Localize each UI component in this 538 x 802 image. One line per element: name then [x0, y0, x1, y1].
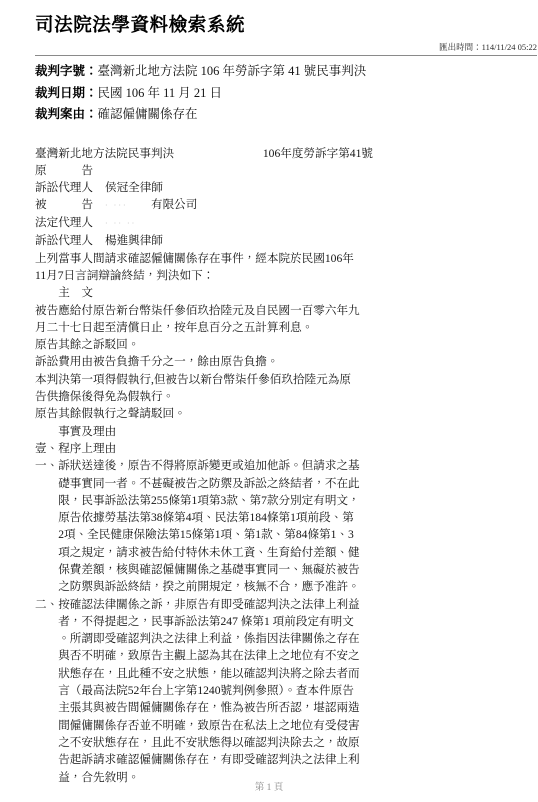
judgment-date-value: 民國 106 年 11 月 21 日 — [98, 86, 223, 100]
judgment-number-value: 臺灣新北地方法院 106 年勞訴字第 41 號民事判決 — [98, 64, 367, 78]
header-divider — [35, 55, 537, 56]
page-number: 第 1 頁 — [0, 779, 538, 793]
document-line: 項之規定，請求被告給付特休未休工資、生育給付差額、健 — [35, 544, 373, 561]
redacted-name: · ··· — [105, 197, 151, 214]
judgment-date-row: 裁判日期：民國 106 年 11 月 21 日 — [35, 83, 537, 105]
party-name: 侯冠全律師 — [105, 181, 163, 194]
page-header: 司法院法學資料檢索系統 匯出時間：114/11/24 05:22 裁判字號：臺灣… — [0, 0, 538, 126]
document-line: 被告應給付原告新台幣柒仟參佰玖拾陸元及自民國一百零六年九 — [35, 302, 373, 319]
judgment-number-label: 裁判字號： — [35, 64, 98, 78]
document-line: 之不安狀態存在，且此不安狀態得以確認判決除去之，故原 — [35, 734, 373, 751]
redacted-name: · ·· ·· — [105, 215, 151, 232]
document-line: 11月7日言詞辯論終結，判決如下： — [35, 267, 373, 284]
document-line: 告供擔保後得免為假執行。 — [35, 388, 373, 405]
judgment-cause-row: 裁判案由：確認僱傭關係存在 — [35, 104, 537, 126]
document-line: 2項、全民健康保險法第15條第1項、第1款、第84條第1、3 — [35, 526, 373, 543]
party-name: 有限公司 — [151, 198, 197, 211]
court-case-line: 臺灣新北地方法院民事判決 106年度勞訴字第41號 — [35, 145, 373, 162]
party-row: 被 告· ···有限公司 — [35, 196, 373, 214]
document-line: 二、按確認法律關係之訴，非原告有即受確認判決之法律上利益 — [35, 596, 373, 613]
party-row: 法定代理人· ·· ·· — [35, 214, 373, 232]
judgment-number-row: 裁判字號：臺灣新北地方法院 106 年勞訴字第 41 號民事判決 — [35, 61, 537, 83]
party-label: 法定代理人 — [35, 214, 93, 231]
document-line: 之防禦與訴訟終結，揆之前開規定，核無不合，應予准許。 — [35, 578, 373, 595]
party-label: 原 告 — [35, 162, 93, 179]
document-line: 上列當事人間請求確認僱傭關係存在事件，經本院於民國106年 — [35, 250, 373, 267]
document-line: 狀態存在，且此種不安之狀態，能以確認判決將之除去者而 — [35, 665, 373, 682]
page-title: 司法院法學資料檢索系統 — [35, 13, 537, 37]
party-row: 訴訟代理人楊進興律師 — [35, 232, 373, 249]
document-line: 主張其與被告間僱傭關係存在，惟為被告所否認，堪認兩造 — [35, 699, 373, 716]
document-line: 與否不明確，致原告主觀上認為其在法律上之地位有不安之 — [35, 647, 373, 664]
document-line: 。所謂即受確認判決之法律上利益，係指因法律關係之存在 — [35, 630, 373, 647]
court-name: 臺灣新北地方法院民事判決 — [35, 145, 174, 162]
party-row: 原 告 — [35, 162, 373, 179]
document-line: 間僱傭關係存否並不明確，致原告在私法上之地位有受侵害 — [35, 717, 373, 734]
document-line: 原告其餘之訴駁回。 — [35, 336, 373, 353]
case-number: 106年度勞訴字第41號 — [263, 145, 373, 162]
document-line: 壹、程序上理由 — [35, 440, 373, 457]
party-label: 訴訟代理人 — [35, 179, 93, 196]
party-name: 楊進興律師 — [105, 234, 163, 247]
document-line: 告起訴請求確認僱傭關係存在，有即受確認判決之法律上利 — [35, 751, 373, 768]
document-line: 限，民事訴訟法第255條第1項第3款、第7款分別定有明文， — [35, 492, 373, 509]
document-line: 礎事實同一者。不甚礙被告之防禦及訴訟之終結者，不在此 — [35, 475, 373, 492]
document-line: 言（最高法院52年台上字第1240號判例參照）。查本件原告 — [35, 682, 373, 699]
document-line: 事實及理由 — [35, 423, 373, 440]
party-label: 訴訟代理人 — [35, 232, 93, 249]
document-lines: 上列當事人間請求確認僱傭關係存在事件，經本院於民國106年11月7日言詞辯論終結… — [35, 250, 373, 786]
document-line: 月二十七日起至清償日止，按年息百分之五計算利息。 — [35, 319, 373, 336]
document-line: 原告其餘假執行之聲請駁回。 — [35, 405, 373, 422]
document-line: 保費差額，核與確認僱傭關係之基礎事實同一、無礙於被告 — [35, 561, 373, 578]
document-line: 原告依據勞基法第38條第4項、民法第184條第1項前段、第 — [35, 509, 373, 526]
document-line: 主 文 — [35, 284, 373, 301]
party-row: 訴訟代理人侯冠全律師 — [35, 179, 373, 196]
document-line: 者，不得提起之，民事訴訟法第247 條第1 項前段定有明文 — [35, 613, 373, 630]
party-list: 原 告訴訟代理人侯冠全律師被 告· ···有限公司法定代理人· ·· ··訴訟代… — [35, 162, 373, 250]
document-line: 本判決第一項得假執行,但被告以新台幣柒仟參佰玖拾陸元為原 — [35, 371, 373, 388]
judgment-body: 臺灣新北地方法院民事判決 106年度勞訴字第41號 原 告訴訟代理人侯冠全律師被… — [35, 145, 373, 786]
judgment-date-label: 裁判日期： — [35, 86, 98, 100]
document-line: 訴訟費用由被告負擔千分之一，餘由原告負擔。 — [35, 353, 373, 370]
judgment-cause-value: 確認僱傭關係存在 — [98, 107, 198, 121]
document-line: 一、訴狀送達後，原告不得將原訴變更或追加他訴。但請求之基 — [35, 457, 373, 474]
judgment-cause-label: 裁判案由： — [35, 107, 98, 121]
party-label: 被 告 — [35, 196, 93, 213]
judgment-export-page: 司法院法學資料檢索系統 匯出時間：114/11/24 05:22 裁判字號：臺灣… — [0, 0, 538, 802]
judgment-meta: 裁判字號：臺灣新北地方法院 106 年勞訴字第 41 號民事判決 裁判日期：民國… — [35, 61, 537, 126]
export-time: 匯出時間：114/11/24 05:22 — [35, 42, 537, 52]
